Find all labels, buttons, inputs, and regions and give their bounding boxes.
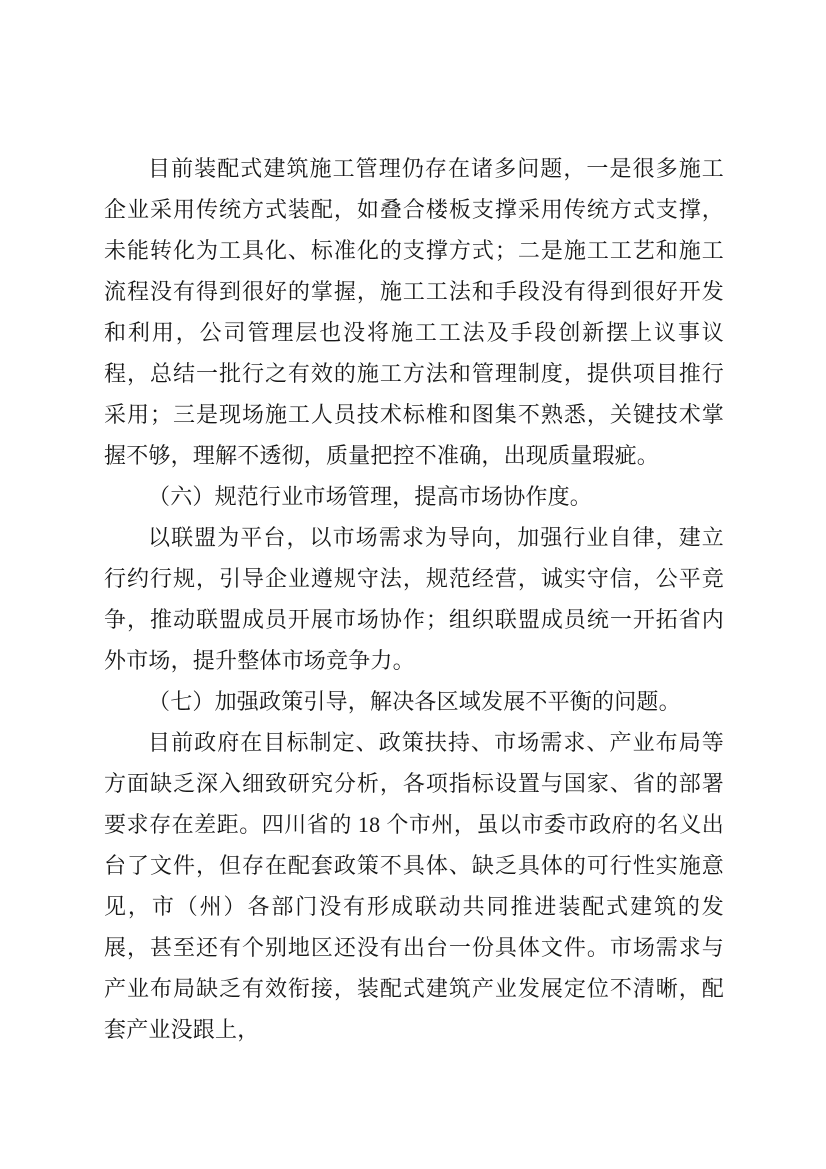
paragraph: （七）加强政策引导，解决各区域发展不平衡的问题。	[104, 681, 724, 722]
paragraph: （六）规范行业市场管理，提高市场协作度。	[104, 476, 724, 517]
document-page: 目前装配式建筑施工管理仍存在诸多问题，一是很多施工企业采用传统方式装配，如叠合楼…	[0, 0, 826, 1169]
document-body: 目前装配式建筑施工管理仍存在诸多问题，一是很多施工企业采用传统方式装配，如叠合楼…	[104, 148, 724, 1050]
paragraph: 目前装配式建筑施工管理仍存在诸多问题，一是很多施工企业采用传统方式装配，如叠合楼…	[104, 148, 724, 476]
paragraph: 目前政府在目标制定、政策扶持、市场需求、产业布局等方面缺乏深入细致研究分析，各项…	[104, 722, 724, 1050]
paragraph: 以联盟为平台，以市场需求为导向，加强行业自律，建立行约行规，引导企业遵规守法，规…	[104, 517, 724, 681]
